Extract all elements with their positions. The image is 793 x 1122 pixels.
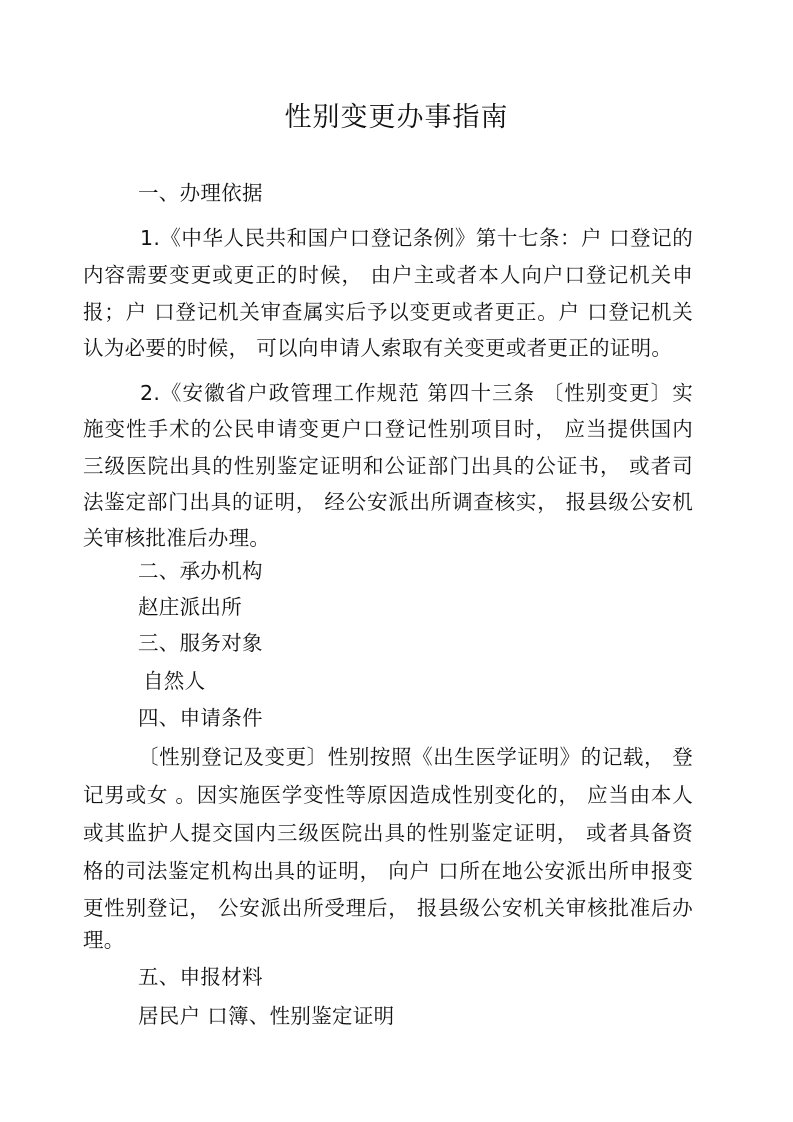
section-heading-service-target: 三、服务对象 [138, 628, 263, 658]
paragraph-line: 施变性手术的公民申请变更户口登记性别项目时， 应当提供国内 [83, 414, 693, 444]
paragraph-line: 法鉴定部门出具的证明， 经公安派出所调查核实， 报县级公安机 [83, 487, 693, 517]
paragraph-line: 关审核批准后办理。 [83, 523, 270, 553]
agency-name: 赵庄派出所 [138, 592, 242, 622]
service-target-value: 自然人 [143, 666, 205, 696]
document-title: 性别变更办事指南 [0, 98, 793, 138]
section-heading-materials: 五、申报材料 [138, 962, 263, 992]
materials-list: 居民户 口簿、性别鉴定证明 [138, 1001, 394, 1031]
section-heading-basis: 一、办理依据 [138, 178, 263, 208]
document-page: 性别变更办事指南 一、办理依据 1.《中华人民共和国户口登记条例》第十七条：户 … [0, 0, 793, 1122]
paragraph-line: 1.《中华人民共和国户口登记条例》第十七条：户 口登记的 [140, 223, 693, 253]
paragraph-line: 三级医院出具的性别鉴定证明和公证部门出具的公证书， 或者司 [83, 451, 693, 481]
section-heading-agency: 二、承办机构 [138, 556, 263, 586]
paragraph-line: 〔性别登记及变更〕性别按照《出生医学证明》的记载， 登 [138, 742, 693, 772]
paragraph-line: 报；户 口登记机关审查属实后予以变更或者更正。户 口登记机关 [83, 297, 693, 327]
paragraph-line: 2.《安徽省户政管理工作规范 第四十三条 〔性别变更〕实 [140, 378, 693, 408]
paragraph-line: 内容需要变更或更正的时候， 由户主或者本人向户口登记机关申 [83, 260, 693, 290]
paragraph-line: 格的司法鉴定机构出具的证明， 向户 口所在地公安派出所申报变 [83, 856, 693, 886]
section-heading-conditions: 四、申请条件 [138, 703, 263, 733]
paragraph-line: 记男或女 。因实施医学变性等原因造成性别变化的， 应当由本人 [83, 780, 693, 810]
paragraph-line: 更性别登记， 公安派出所受理后， 报县级公安机关审核批准后办 [83, 893, 693, 923]
paragraph-line: 或其监护人提交国内三级医院出具的性别鉴定证明， 或者具备资 [83, 818, 693, 848]
paragraph-line: 认为必要的时候， 可以向申请人索取有关变更或者更正的证明。 [83, 333, 672, 363]
paragraph-line: 理。 [83, 925, 125, 955]
